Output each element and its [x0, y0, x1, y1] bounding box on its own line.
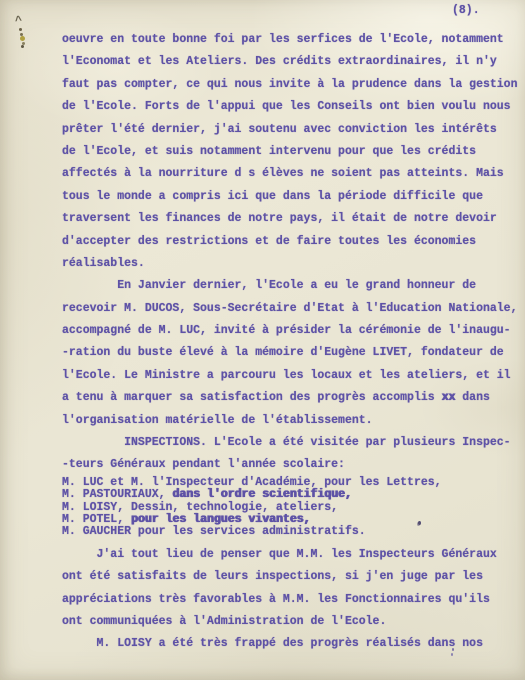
text-line: a tenu à marquer sa satisfaction des pro…	[62, 387, 522, 409]
text-line: d'accepter des restrictions et de faire …	[62, 231, 522, 253]
text-line: accompagné de M. LUC, invité à présider …	[62, 320, 522, 342]
text-column: oeuvre en toute bonne foi par les serfic…	[62, 29, 522, 656]
text-line: l'Economat et les Ateliers. Des crédits …	[62, 51, 522, 73]
page-number: (8).	[452, 3, 480, 19]
text-line: ont communiquées à l'Administration de l…	[62, 611, 522, 633]
text-line: prêter l'été dernier, j'ai soutenu avec …	[62, 119, 522, 141]
paragraph-p1: oeuvre en toute bonne foi par les serfic…	[62, 29, 522, 275]
paragraph-p5: M. LOISY a été très frappé des progrès r…	[62, 633, 522, 655]
text-line: ont été satisfaits de leurs inspections,…	[62, 566, 522, 588]
text-line: appréciations très favorables à M.M. les…	[62, 589, 522, 611]
paragraph-inspectors-list: M. LUC et M. l'Inspecteur d'Académie, po…	[62, 477, 522, 539]
text-line: de l'Ecole. Forts de l'appui que les Con…	[62, 96, 522, 118]
text-line: M. GAUCHER pour les services administrat…	[62, 526, 522, 538]
margin-smudge-mark: ^	[14, 14, 23, 29]
text-line: traversent les finances de notre pays, i…	[62, 208, 522, 230]
text-line: oeuvre en toute bonne foi par les serfic…	[62, 29, 522, 51]
text-line: M. LOISY a été très frappé des progrès r…	[62, 633, 522, 655]
text-line: réalisables.	[62, 253, 522, 275]
text-line: En Janvier dernier, l'Ecole a eu le gran…	[62, 275, 522, 297]
text-line: de l'Ecole, et suis notamment intervenu …	[62, 141, 522, 163]
text-line: -ration du buste élevé à la mémoire d'Eu…	[62, 342, 522, 364]
paragraph-p2: En Janvier dernier, l'Ecole a eu le gran…	[62, 275, 522, 432]
margin-speck-trail	[19, 28, 22, 31]
text-line: J'ai tout lieu de penser que M.M. les In…	[62, 544, 522, 566]
text-line: tous le monde a compris ici que dans la …	[62, 186, 522, 208]
text-line: INSPECTIONS. L'Ecole a été visitée par p…	[62, 432, 522, 454]
paragraph-p3: INSPECTIONS. L'Ecole a été visitée par p…	[62, 432, 522, 477]
paragraph-p4: J'ai tout lieu de penser que M.M. les In…	[62, 544, 522, 634]
text-line: faut pas compter, ce qui nous invite à l…	[62, 74, 522, 96]
scanned-page: ^ (8). oeuvre en toute bonne foi par les…	[0, 0, 525, 680]
text-line: l'organisation matérielle de l'établisse…	[62, 410, 522, 432]
text-line: -teurs Généraux pendant l'année scolaire…	[62, 454, 522, 476]
text-line: recevoir M. DUCOS, Sous-Secrétaire d'Eta…	[62, 298, 522, 320]
text-line: affectés à la nourriture d s élèves ne s…	[62, 163, 522, 185]
text-line: l'Ecole. Le Ministre a parcouru les loca…	[62, 365, 522, 387]
